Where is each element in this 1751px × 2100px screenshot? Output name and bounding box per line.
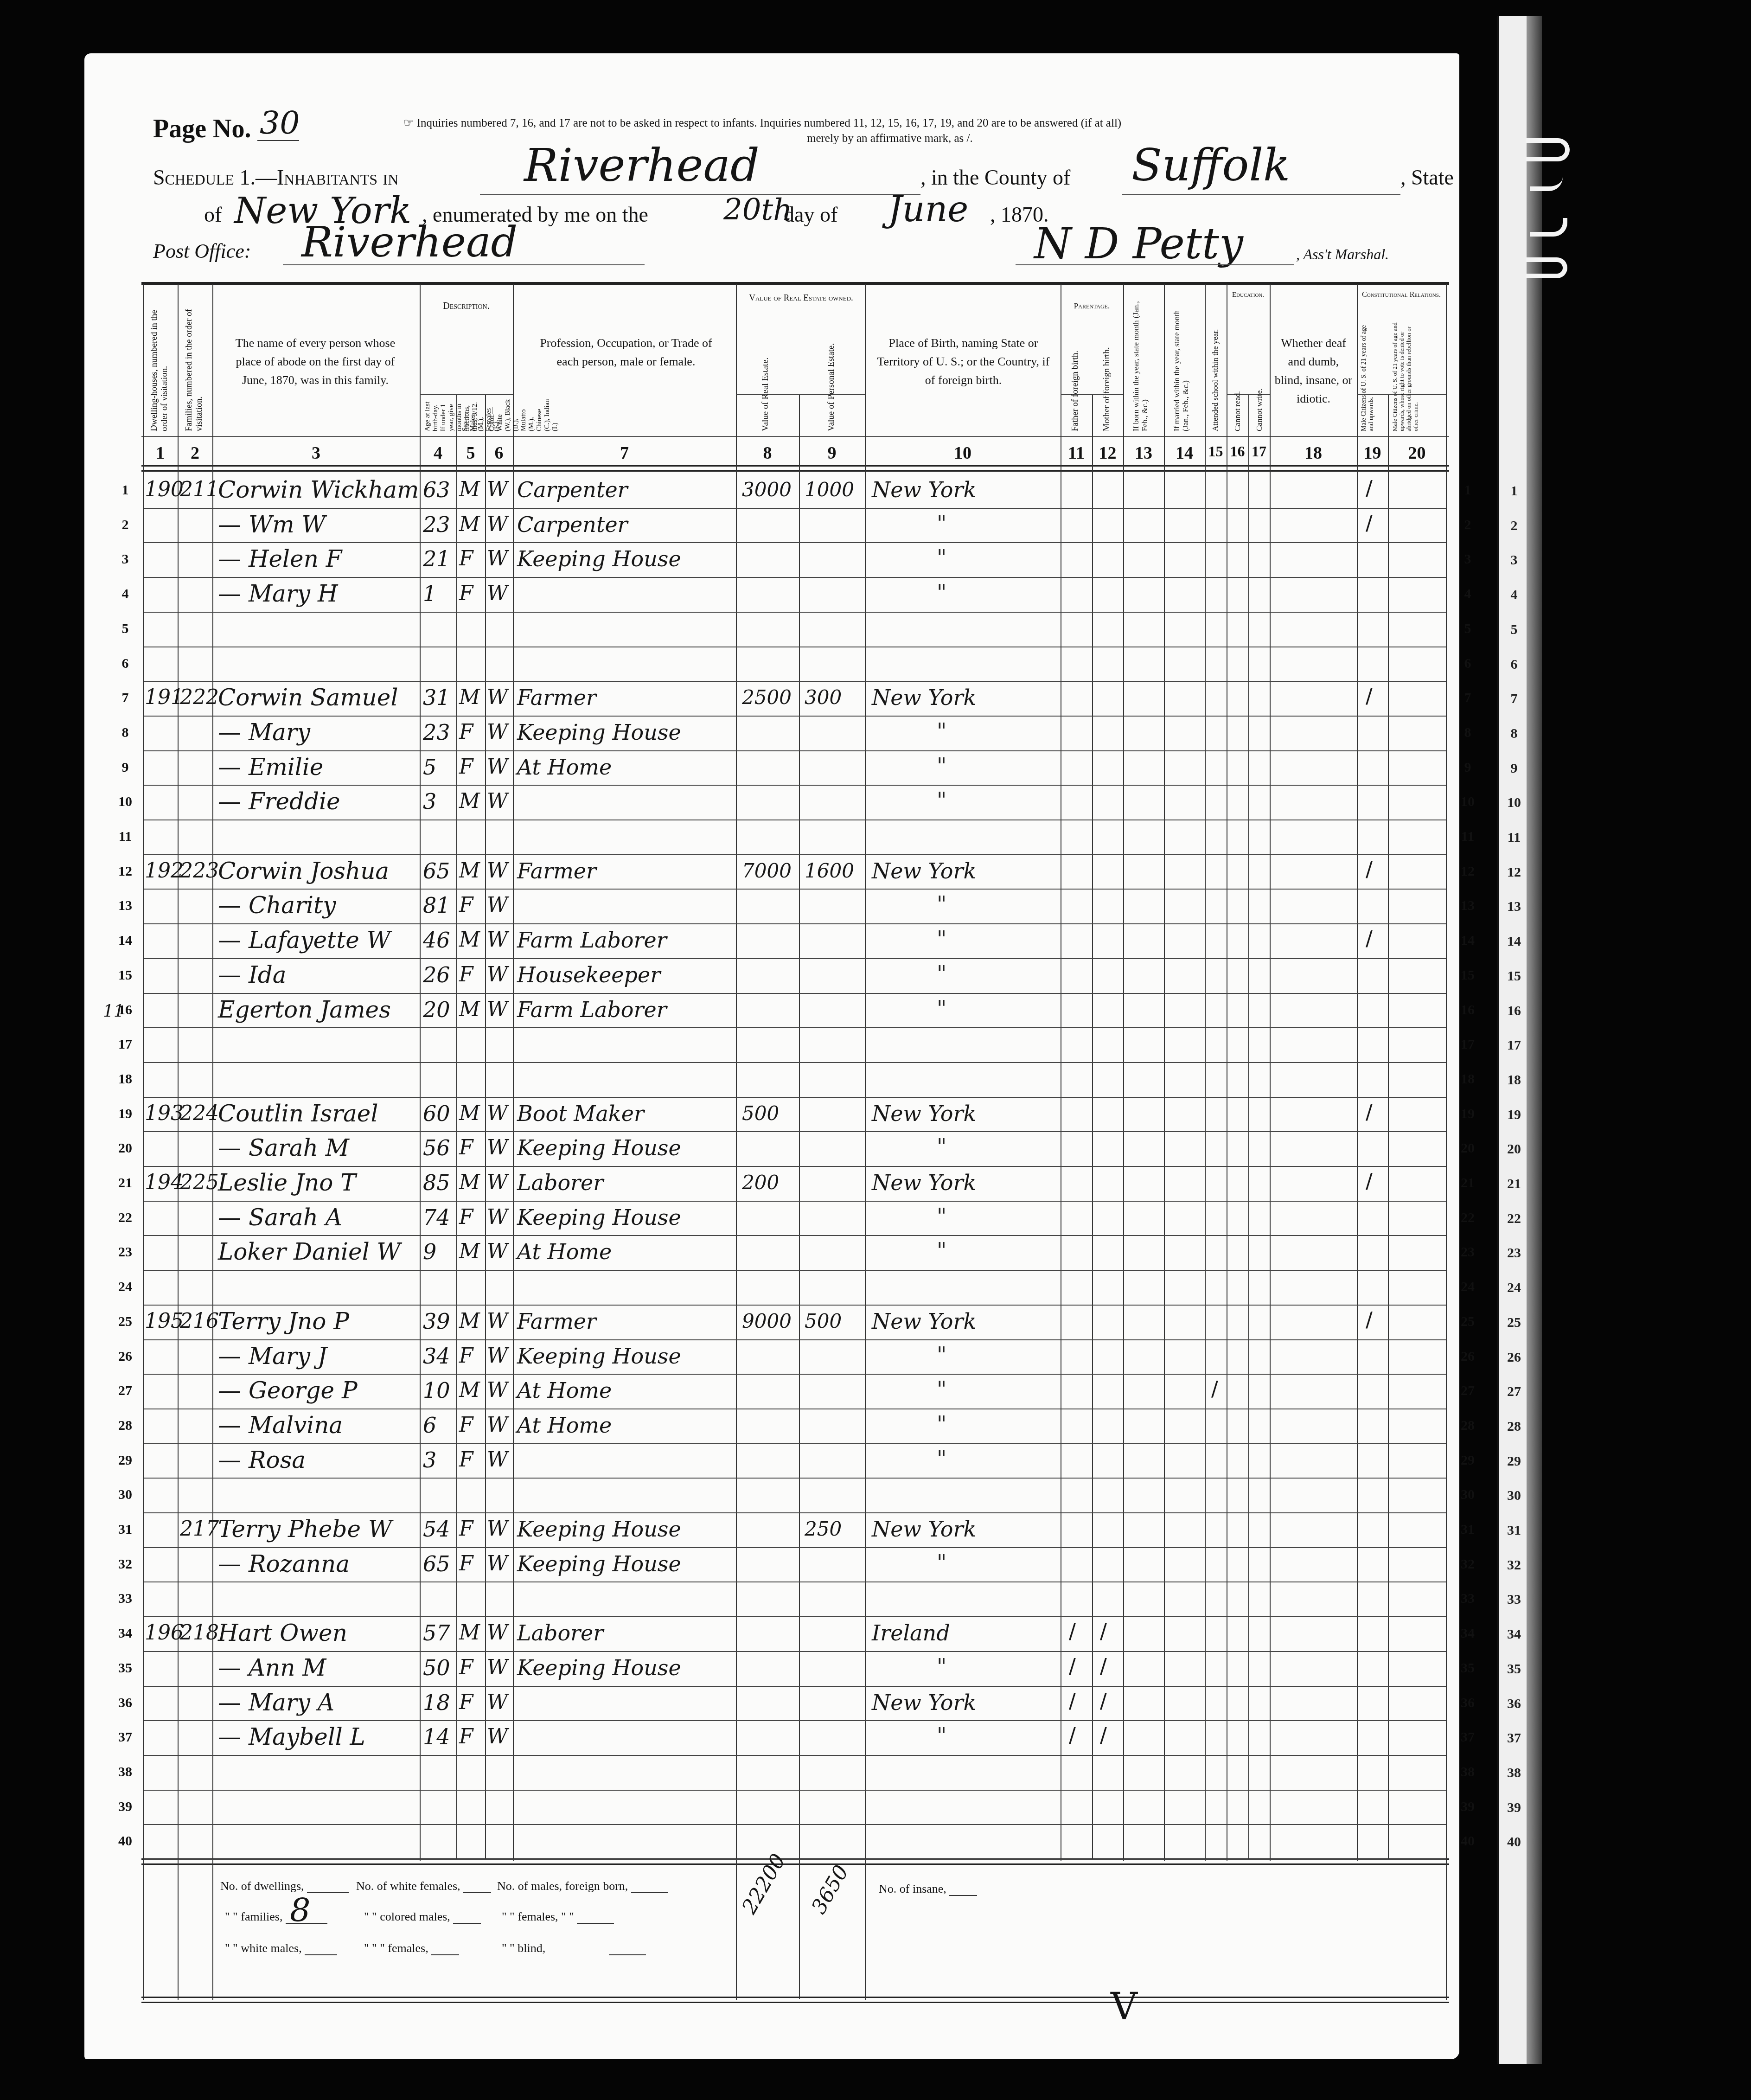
col-line-7-8 — [736, 284, 737, 2000]
col-number: 10 — [865, 443, 1061, 463]
adjacent-row-number: 30 — [1502, 1488, 1526, 1504]
cell-occupation: Farmer — [517, 684, 596, 711]
cell-color: W — [487, 511, 508, 538]
cell-color: W — [487, 1377, 508, 1404]
row-rule — [144, 647, 1446, 647]
row-rule — [144, 785, 1446, 786]
col-line-12-13 — [1123, 284, 1124, 1861]
row-rule — [144, 1824, 1446, 1825]
adjacent-row-number: 3 — [1502, 552, 1526, 568]
cell-real-estate: 200 — [742, 1169, 779, 1197]
cell-sex: F — [459, 1550, 473, 1578]
row-line-number: 10 — [111, 794, 139, 810]
row-line-number-right: 32 — [1454, 1556, 1482, 1572]
row-rule — [144, 1547, 1446, 1548]
cell-age: 34 — [423, 1342, 450, 1370]
adjacent-row-number: 26 — [1502, 1350, 1526, 1365]
row-rule — [144, 716, 1446, 717]
row-line-number-right: 14 — [1454, 933, 1482, 948]
cell-name: — Mary H — [218, 580, 338, 608]
adjacent-row-number: 9 — [1502, 761, 1526, 776]
adjacent-row-number: 40 — [1502, 1834, 1526, 1850]
adjacent-row-number: 22 — [1502, 1211, 1526, 1227]
cell-color: W — [487, 476, 508, 504]
col-number: 19 — [1357, 443, 1388, 463]
left-margin-mark: 11 — [103, 1002, 124, 1021]
row-line-number: 5 — [111, 621, 139, 637]
cell-personal-estate: 500 — [805, 1307, 842, 1335]
col-number: 12 — [1092, 443, 1123, 463]
row-line-number-right: 17 — [1454, 1037, 1482, 1052]
col-line-4-5 — [456, 394, 457, 1860]
instructions-line-1: ☞ Inquiries numbered 7, 16, and 17 are n… — [403, 116, 1121, 130]
row-rule — [144, 1512, 1446, 1513]
adjacent-page-mark — [1526, 138, 1570, 161]
row-line-number-right: 11 — [1454, 829, 1482, 845]
footer-families: " " families, — [225, 1910, 327, 1924]
parentage-group-header: Parentage. — [1061, 297, 1123, 315]
adjacent-row-number: 10 — [1502, 795, 1526, 811]
adjacent-page-mark — [1530, 218, 1567, 237]
cell-dwelling: 195 — [145, 1307, 184, 1335]
cell-name: Corwin Wickham — [218, 476, 419, 504]
cell-family: 222 — [180, 684, 219, 711]
county-name: Suffolk — [1131, 139, 1290, 191]
row-line-number: 37 — [111, 1729, 139, 1745]
cell-age: 57 — [423, 1619, 450, 1647]
row-rule — [144, 1201, 1446, 1202]
post-office-underline — [283, 264, 645, 265]
cell-age: 81 — [423, 891, 450, 919]
cell-sex: F — [459, 1515, 473, 1543]
page-number-underline — [257, 140, 299, 141]
row-rule — [144, 508, 1446, 509]
cell-age: 14 — [423, 1723, 450, 1751]
description-group-rule — [420, 394, 513, 395]
col-8-header: Value of Real Estate. — [760, 358, 771, 431]
cell-name: Hart Owen — [218, 1619, 347, 1647]
row-line-number: 34 — [111, 1626, 139, 1641]
adjacent-row-number: 7 — [1502, 691, 1526, 707]
cell-birthplace: " — [937, 1377, 946, 1402]
cell-name: — Emilie — [218, 753, 323, 781]
cell-age: 20 — [423, 996, 450, 1024]
cell-color: W — [487, 1204, 508, 1231]
row-line-number-right: 16 — [1454, 1002, 1482, 1018]
row-rule — [144, 854, 1446, 855]
cell-name: — Wm W — [218, 511, 326, 538]
row-line-number: 18 — [111, 1071, 139, 1087]
cell-dwelling: 193 — [145, 1100, 184, 1127]
cell-color: W — [487, 1654, 508, 1682]
cell-age: 74 — [423, 1204, 450, 1231]
cell-name: — Ann M — [218, 1654, 326, 1682]
cell-color: W — [487, 718, 508, 746]
adjacent-row-number: 24 — [1502, 1280, 1526, 1296]
cell-color: W — [487, 545, 508, 573]
adjacent-row-number: 20 — [1502, 1141, 1526, 1157]
col-number: 20 — [1388, 443, 1446, 463]
cell-age: 6 — [423, 1411, 436, 1439]
cell-birthplace: New York — [872, 1307, 976, 1335]
adjacent-row-number: 32 — [1502, 1557, 1526, 1573]
cell-sex: M — [459, 1100, 480, 1127]
cell-sex: M — [459, 1619, 480, 1647]
cell-occupation: Keeping House — [517, 1204, 681, 1231]
cell-color: W — [487, 1723, 508, 1751]
cell-family: 223 — [180, 857, 219, 885]
row-rule — [144, 681, 1446, 682]
cell-birthplace: New York — [872, 1169, 976, 1197]
cell-name: Leslie Jno T — [218, 1169, 356, 1197]
cell-name: — Maybell L — [218, 1723, 365, 1751]
row-line-number-right: 3 — [1454, 551, 1482, 567]
cell-personal-estate: 300 — [805, 684, 842, 711]
footer-dwellings: No. of dwellings, — [220, 1879, 349, 1893]
row-line-number: 20 — [111, 1140, 139, 1156]
cell-color: W — [487, 1619, 508, 1647]
col-number: 15 — [1205, 443, 1227, 460]
footer-bottom-rule-2 — [141, 2002, 1449, 2003]
cell-birthplace: " — [937, 787, 946, 813]
row-line-number: 9 — [111, 760, 139, 775]
col-14-header: If married within the year, state month … — [1172, 292, 1190, 431]
cell-age: 3 — [423, 1446, 436, 1474]
cell-occupation: Keeping House — [517, 1134, 681, 1162]
col-7-header: Profession, Occupation, or Trade of each… — [529, 334, 723, 371]
row-line-number: 1 — [111, 482, 139, 498]
cell-color: W — [487, 580, 508, 608]
cell-name: — Helen F — [218, 545, 342, 573]
col-number: 13 — [1123, 443, 1164, 463]
cell-color: W — [487, 857, 508, 885]
cell-name: — Lafayette W — [218, 926, 390, 954]
cell-occupation: Farmer — [517, 1307, 596, 1335]
mark-citizen: / — [1366, 927, 1373, 951]
row-rule — [144, 1581, 1446, 1582]
cell-birthplace: Ireland — [872, 1619, 950, 1647]
cell-sex: M — [459, 787, 480, 815]
cell-age: 10 — [423, 1377, 450, 1404]
row-rule — [144, 923, 1446, 924]
cell-sex: F — [459, 580, 473, 608]
row-rule — [144, 1409, 1446, 1409]
col-1-header: Dwelling-houses, numbered in the order o… — [149, 292, 170, 431]
row-line-number: 29 — [111, 1453, 139, 1468]
enumeration-day: 20th — [723, 193, 792, 227]
footer-bottom-rule — [141, 1997, 1449, 1998]
adjacent-row-number: 31 — [1502, 1523, 1526, 1538]
cell-real-estate: 3000 — [742, 476, 792, 504]
row-line-number: 4 — [111, 586, 139, 602]
cell-sex: F — [459, 753, 473, 781]
row-rule — [144, 542, 1446, 543]
cell-age: 3 — [423, 787, 436, 815]
cell-sex: M — [459, 926, 480, 954]
cell-age: 63 — [423, 476, 450, 504]
row-line-number-right: 9 — [1454, 760, 1482, 775]
col-line-5-6 — [485, 394, 486, 1860]
row-line-number: 19 — [111, 1106, 139, 1122]
cell-dwelling: 192 — [145, 857, 184, 885]
adjacent-row-number: 39 — [1502, 1800, 1526, 1816]
cell-sex: F — [459, 1723, 473, 1751]
cell-name: — George P — [218, 1377, 358, 1404]
mark-citizen: / — [1366, 512, 1373, 535]
mark-school: / — [1211, 1377, 1218, 1401]
row-line-number-right: 23 — [1454, 1244, 1482, 1260]
mark-father-foreign: / — [1069, 1724, 1076, 1748]
cell-sex: F — [459, 718, 473, 746]
row-line-number-right: 6 — [1454, 656, 1482, 672]
mark-citizen: / — [1366, 477, 1373, 500]
col-13-header: If born within the year, state month (Ja… — [1131, 292, 1149, 431]
cell-age: 39 — [423, 1307, 450, 1335]
marshal-signature: N D Petty — [1034, 219, 1243, 269]
row-line-number-right: 19 — [1454, 1106, 1482, 1122]
cell-birthplace: " — [937, 891, 946, 916]
col-line-19-20 — [1388, 394, 1389, 1860]
cell-family: 211 — [180, 476, 219, 504]
cell-name: — Freddie — [218, 787, 340, 815]
cell-personal-estate: 1000 — [805, 476, 854, 504]
row-line-number: 35 — [111, 1660, 139, 1676]
col-line-left — [143, 284, 144, 2000]
cell-age: 23 — [423, 511, 450, 538]
cell-birthplace: New York — [872, 684, 976, 711]
col-3-header: The name of every person whose place of … — [223, 334, 408, 390]
cell-age: 21 — [423, 545, 450, 573]
footer-colored-females: " " " females, — [364, 1941, 459, 1955]
cell-birthplace: " — [937, 1723, 946, 1748]
cell-occupation: Keeping House — [517, 1342, 681, 1370]
mark-mother-foreign: / — [1100, 1690, 1107, 1713]
row-rule — [144, 1062, 1446, 1063]
adjacent-row-number: 2 — [1502, 518, 1526, 534]
row-line-number: 13 — [111, 898, 139, 914]
table-top-rule — [141, 282, 1449, 285]
cell-sex: M — [459, 1377, 480, 1404]
cell-sex: F — [459, 1411, 473, 1439]
cell-birthplace: " — [937, 718, 946, 743]
cell-sex: M — [459, 1307, 480, 1335]
state-prefix: of — [204, 202, 222, 227]
cell-color: W — [487, 1411, 508, 1439]
col-number: 6 — [485, 443, 513, 463]
cell-real-estate: 2500 — [742, 684, 792, 711]
col-line-right — [1446, 284, 1447, 2000]
row-rule — [144, 1859, 1446, 1860]
row-rule — [144, 1166, 1446, 1167]
cell-birthplace: " — [937, 511, 946, 536]
cell-birthplace: " — [937, 545, 946, 570]
township-underline — [480, 194, 920, 195]
cell-birthplace: New York — [872, 857, 976, 885]
day-label: day of — [784, 202, 837, 227]
cell-family: 216 — [180, 1307, 219, 1335]
row-line-number: 15 — [111, 967, 139, 983]
row-line-number-right: 10 — [1454, 794, 1482, 810]
cell-birthplace: New York — [872, 476, 976, 504]
adjacent-row-number: 16 — [1502, 1003, 1526, 1019]
table-bottom-rule-2 — [141, 1863, 1449, 1865]
cell-age: 65 — [423, 857, 450, 885]
col-line-14-15 — [1205, 284, 1206, 1861]
row-line-number-right: 8 — [1454, 725, 1482, 741]
cell-name: — Mary — [218, 718, 310, 746]
mark-citizen: / — [1366, 1308, 1373, 1332]
cell-birthplace: " — [937, 580, 946, 605]
cell-sex: F — [459, 891, 473, 919]
cell-occupation: Carpenter — [517, 476, 628, 504]
row-line-number: 38 — [111, 1764, 139, 1780]
row-line-number: 28 — [111, 1418, 139, 1434]
row-line-number: 21 — [111, 1175, 139, 1191]
col-line-17-18 — [1270, 284, 1271, 1861]
adjacent-row-number: 1 — [1502, 483, 1526, 499]
row-rule — [144, 1097, 1446, 1098]
row-rule — [144, 1339, 1446, 1340]
mark-father-foreign: / — [1069, 1690, 1076, 1713]
cell-sex: F — [459, 1689, 473, 1716]
row-line-number: 22 — [111, 1210, 139, 1226]
cell-personal-estate: 1600 — [805, 857, 854, 885]
row-line-number-right: 29 — [1454, 1453, 1482, 1468]
adjacent-row-number: 19 — [1502, 1107, 1526, 1123]
col-6-header: Color.—White (W.), Black (B.), Mulatto (… — [488, 399, 559, 431]
row-rule — [144, 1235, 1446, 1236]
cell-age: 23 — [423, 718, 450, 746]
cell-name: Terry Phebe W — [218, 1515, 392, 1543]
row-line-number-right: 40 — [1454, 1833, 1482, 1849]
cell-birthplace: " — [937, 1446, 946, 1471]
cell-color: W — [487, 891, 508, 919]
constitutional-group-header: Constitutional Relations. — [1357, 290, 1446, 300]
row-rule — [144, 750, 1446, 751]
col-20-header: Male Citizens of U. S. of 21 years of ag… — [1391, 315, 1419, 431]
cell-color: W — [487, 753, 508, 781]
cell-occupation: Keeping House — [517, 1515, 681, 1543]
mark-citizen: / — [1366, 1101, 1373, 1124]
post-office-name: Riverhead — [301, 218, 518, 267]
adjacent-row-number: 38 — [1502, 1765, 1526, 1781]
adjacent-row-number: 35 — [1502, 1661, 1526, 1677]
row-line-number: 39 — [111, 1799, 139, 1815]
row-line-number-right: 20 — [1454, 1140, 1482, 1156]
cell-real-estate: 7000 — [742, 857, 792, 885]
cell-name: Loker Daniel W — [218, 1238, 401, 1266]
cell-name: Coutlin Israel — [218, 1100, 378, 1127]
cell-name: Corwin Samuel — [218, 684, 398, 711]
cell-age: 9 — [423, 1238, 436, 1266]
row-rule — [144, 958, 1446, 959]
col-18-header: Whether deaf and dumb, blind, insane, or… — [1273, 334, 1354, 408]
cell-birthplace: " — [937, 961, 946, 986]
row-line-number-right: 33 — [1454, 1591, 1482, 1607]
col-line-18-19 — [1357, 284, 1358, 1861]
col-line-11-12 — [1092, 394, 1093, 1860]
cell-birthplace: " — [937, 1342, 946, 1367]
row-rule — [144, 1305, 1446, 1306]
footer-white-females: No. of white females, — [356, 1879, 491, 1893]
col-line-13-14 — [1164, 284, 1165, 1861]
mark-citizen: / — [1366, 858, 1373, 882]
cell-sex: F — [459, 1342, 473, 1370]
adjacent-row-number: 23 — [1502, 1245, 1526, 1261]
row-line-number: 25 — [111, 1314, 139, 1330]
row-rule — [144, 577, 1446, 578]
row-line-number: 27 — [111, 1383, 139, 1399]
cell-color: W — [487, 1446, 508, 1474]
row-rule — [144, 1478, 1446, 1479]
col-number: 2 — [178, 443, 212, 463]
cell-family: 218 — [180, 1619, 219, 1647]
adjacent-row-number: 27 — [1502, 1384, 1526, 1400]
footer-insane: No. of insane, — [879, 1882, 977, 1896]
adjacent-row-number: 4 — [1502, 587, 1526, 603]
cell-color: W — [487, 1307, 508, 1335]
cell-name: — Malvina — [218, 1411, 343, 1439]
post-office-label: Post Office: — [153, 239, 251, 263]
cell-color: W — [487, 1134, 508, 1162]
row-line-number-right: 26 — [1454, 1349, 1482, 1364]
col-number: 11 — [1061, 443, 1092, 463]
row-rule — [144, 1027, 1446, 1028]
row-line-number-right: 28 — [1454, 1418, 1482, 1434]
cell-occupation: Housekeeper — [517, 961, 660, 989]
cell-sex: F — [459, 1446, 473, 1474]
mark-father-foreign: / — [1069, 1620, 1076, 1644]
cell-occupation: Farm Laborer — [517, 996, 667, 1024]
row-rule — [144, 1720, 1446, 1721]
row-line-number-right: 13 — [1454, 898, 1482, 914]
row-line-number-right: 24 — [1454, 1279, 1482, 1295]
col-2-header: Families, numbered in the order of visit… — [184, 292, 204, 431]
mark-citizen: / — [1366, 685, 1373, 708]
cell-birthplace: " — [937, 996, 946, 1021]
cell-color: W — [487, 996, 508, 1024]
col-line-10-11 — [1061, 284, 1061, 1861]
col-12-header: Mother of foreign birth. — [1102, 347, 1112, 431]
cell-sex: F — [459, 1654, 473, 1682]
row-rule — [144, 1755, 1446, 1756]
header-bottom-rule — [141, 465, 1449, 467]
cell-color: W — [487, 1550, 508, 1578]
row-line-number: 40 — [111, 1833, 139, 1849]
adjacent-row-number: 14 — [1502, 934, 1526, 949]
row-line-number-right: 18 — [1454, 1071, 1482, 1087]
cell-birthplace: " — [937, 753, 946, 778]
row-line-number: 26 — [111, 1349, 139, 1364]
col-17-header: Cannot write. — [1254, 388, 1265, 431]
cell-sex: M — [459, 511, 480, 538]
footer-females-foreign: " " females, " " — [502, 1910, 614, 1924]
cell-color: W — [487, 787, 508, 815]
cell-birthplace: New York — [872, 1689, 976, 1716]
state-suffix: , State — [1400, 165, 1454, 190]
row-rule — [144, 1616, 1446, 1617]
row-line-number: 30 — [111, 1487, 139, 1503]
mark-father-foreign: / — [1069, 1655, 1076, 1678]
adjacent-row-number: 29 — [1502, 1453, 1526, 1469]
cell-personal-estate: 250 — [805, 1515, 842, 1543]
mark-citizen: / — [1366, 1170, 1373, 1193]
check-mark: V — [1111, 1985, 1138, 2028]
mark-mother-foreign: / — [1100, 1655, 1107, 1678]
cell-occupation: Laborer — [517, 1619, 603, 1647]
row-rule — [144, 1686, 1446, 1687]
cell-real-estate: 9000 — [742, 1307, 792, 1335]
